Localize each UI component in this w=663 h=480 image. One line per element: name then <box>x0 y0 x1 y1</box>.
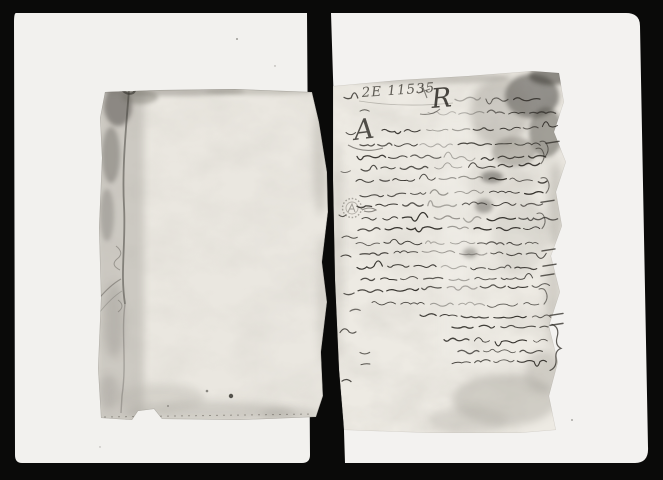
ink-spot <box>167 405 169 407</box>
bottom-stain <box>115 385 205 411</box>
scan-canvas: 2E 11535 R A <box>0 0 663 480</box>
stain <box>492 197 548 273</box>
stain <box>100 189 114 241</box>
response-initial: R <box>429 82 453 115</box>
dust-speck <box>99 446 100 447</box>
ink-blot <box>463 248 477 258</box>
stain <box>317 235 329 365</box>
stain <box>100 374 118 410</box>
ink-spot <box>206 390 209 393</box>
bottom-smudge <box>428 406 508 434</box>
stain <box>104 282 124 358</box>
edge-stain <box>333 140 343 360</box>
dust-speck <box>236 38 238 40</box>
stain <box>102 127 120 183</box>
ink-blot <box>481 171 503 183</box>
dust-speck <box>274 65 275 66</box>
ink-blot <box>475 199 493 213</box>
page-left-blank <box>95 86 332 426</box>
stain <box>313 105 327 215</box>
dust-speck <box>571 419 573 421</box>
ink-spot <box>229 394 233 398</box>
scanned-register-opening: 2E 11535 R A <box>0 0 663 480</box>
